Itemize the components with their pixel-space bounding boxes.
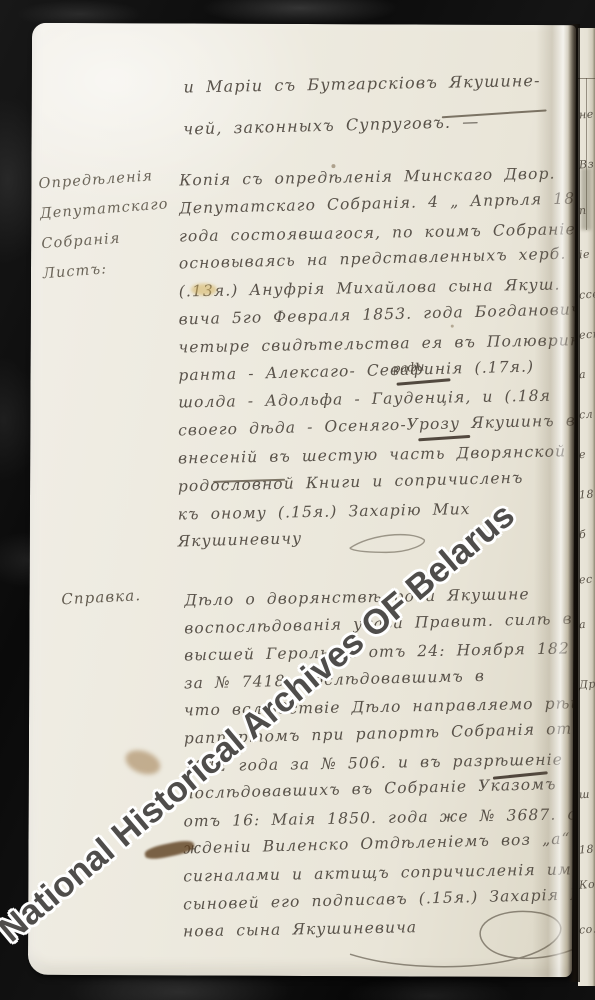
intro-line: чей, законныхъ Супруговъ. — bbox=[183, 110, 541, 161]
page-fragment-line: ш bbox=[579, 788, 591, 802]
page-fragment-line: 18 bbox=[579, 842, 595, 856]
page-gutter-shadow bbox=[568, 24, 580, 982]
page-fragment-line: Кос bbox=[579, 877, 595, 892]
page-fragment-line: ес bbox=[579, 573, 594, 587]
stamp-smudge bbox=[581, 168, 591, 230]
page-fragment-line: Др bbox=[579, 677, 595, 691]
paper-speck bbox=[451, 325, 454, 328]
pen-flourish bbox=[348, 530, 432, 558]
page-fragment-line: со. bbox=[579, 922, 595, 936]
intro-paragraph: и Маріи съ Бутгарскіовъ Якушине-чей, зак… bbox=[183, 77, 540, 163]
page-fragment-line: 18 bbox=[579, 487, 595, 501]
paper-stain bbox=[191, 284, 217, 296]
page-fragment-line: не bbox=[579, 108, 595, 122]
page-fragment-line: іе bbox=[579, 248, 591, 262]
ink-stain bbox=[122, 746, 163, 779]
page-fragment-line: ссе bbox=[579, 287, 595, 301]
page-fragment-line: Вз bbox=[579, 157, 595, 171]
margin-note-line: Справка. bbox=[61, 586, 142, 618]
paper-speck bbox=[331, 164, 335, 168]
inserted-correction-word: рафи bbox=[392, 359, 425, 375]
margin-note-reference: Справка. bbox=[61, 588, 142, 618]
section-determination-body: Копія съ опредѣленія Минскаго Двор.Депут… bbox=[178, 171, 576, 562]
page-fragment-line: еск bbox=[579, 327, 595, 341]
page-fragment-line: сл bbox=[579, 408, 594, 422]
margin-note-determination: ОпредѣленіяДепутатскагоСобраніяЛистъ: bbox=[38, 170, 173, 296]
adjacent-page-edge: неВзпіессеескасле18бесаДрш18Коссо. bbox=[578, 28, 595, 986]
